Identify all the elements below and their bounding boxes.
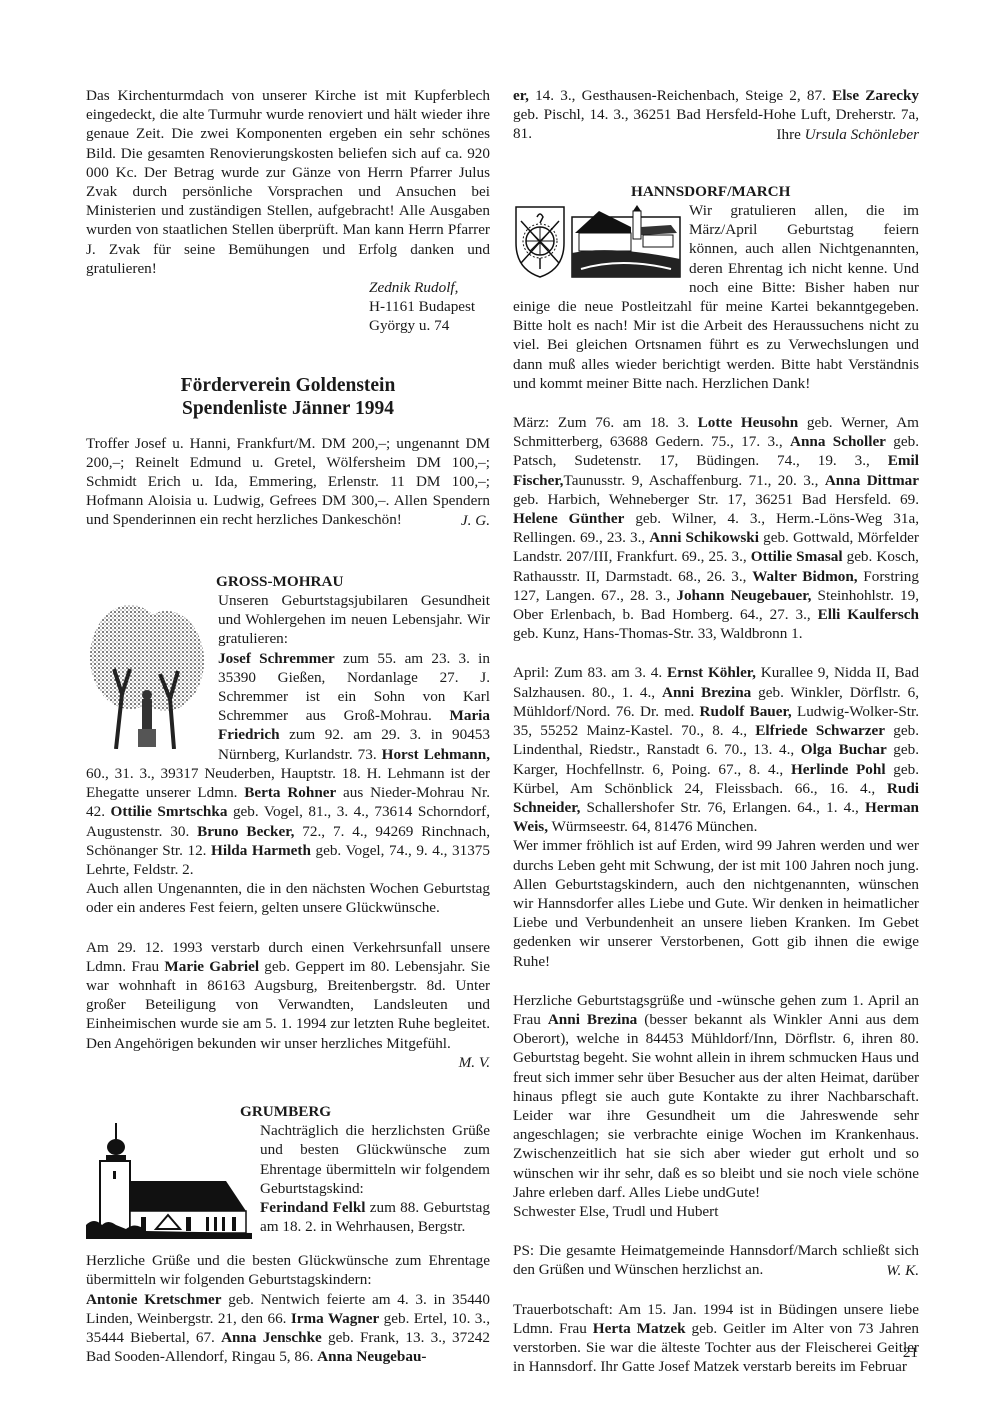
donations-title-line2: Spendenliste Jänner 1994 — [86, 397, 490, 420]
person-name: Anna Scholler — [790, 433, 886, 450]
greeting-text: (besser bekannt als Winkler Anni aus dem… — [513, 1011, 919, 1201]
person-detail: März: Zum 76. am 18. 3. — [513, 414, 698, 431]
person-name: Irma Wagner — [291, 1310, 379, 1327]
signature-prefix: Ihre — [776, 126, 804, 143]
brezina-signature: Schwester Else, Trudl und Hubert — [513, 1202, 919, 1221]
grumberg-greetings: Herzliche Grüße und die besten Glückwüns… — [86, 1251, 490, 1289]
person-detail: Schallershofer Str. 76, Erlangen. 64., 1… — [580, 799, 865, 816]
person-name: Anni Brezina — [662, 684, 751, 701]
person-detail: Taunusstr. 9, Aschaffenburg. 71., 20. 3.… — [563, 472, 824, 489]
person-name: Anni Schikowski — [649, 529, 759, 546]
trees-illustration — [86, 599, 208, 749]
person-name: Elfriede Schwarzer — [755, 722, 885, 739]
person-name: Anna Neugebau- — [317, 1348, 426, 1365]
hannsdorf-poem: Wer immer fröhlich ist auf Erden, wird 9… — [513, 836, 919, 970]
person-name: Olga Buchar — [801, 741, 887, 758]
person-name: Else Zarecky — [832, 87, 919, 104]
person-name: Herlinde Pohl — [791, 761, 886, 778]
person-name: Ottilie Smasal — [751, 548, 843, 565]
person-name: Herta Matzek — [593, 1320, 686, 1337]
signature-city: H-1161 Budapest — [369, 297, 490, 316]
ps-signature: W. K. — [886, 1261, 919, 1280]
signature-name: Ursula Schönleber — [805, 126, 919, 143]
person-name: Johann Neugebauer, — [676, 587, 811, 604]
section-heading-hannsdorf: HANNSDORF/MARCH — [513, 182, 919, 201]
hannsdorf-april-birthdays: April: Zum 83. am 3. 4. Ernst Köhler, Ku… — [513, 663, 919, 836]
gross-mohrau-signature: M. V. — [86, 1053, 490, 1072]
person-name: Lotte Heusohn — [698, 414, 799, 431]
person-name: Elli Kaulfersch — [818, 606, 919, 623]
person-name: Ferindand Felkl — [260, 1199, 366, 1216]
person-name: Anna Dittmar — [825, 472, 919, 489]
donations-signature: J. G. — [461, 511, 490, 530]
donations-title: Förderverein Goldenstein Spendenliste Jä… — [86, 374, 490, 420]
person-detail: April: Zum 83. am 3. 4. — [513, 664, 667, 681]
right-column: er, 14. 3., Gesthausen-Reichenbach, Stei… — [513, 86, 919, 1377]
page-number: 21 — [903, 1344, 918, 1362]
person-detail: 14. 3., Gesthausen-Reichenbach, Steige 2… — [529, 87, 832, 104]
tree-icon — [86, 599, 208, 749]
person-name: Walter Bidmon, — [752, 568, 857, 585]
person-name: Rudolf Bauer, — [700, 703, 792, 720]
person-name: Ottilie Smrtschka — [111, 803, 228, 820]
donations-title-line1: Förderverein Goldenstein — [86, 374, 490, 397]
gross-mohrau-obituary: Am 29. 12. 1993 verstarb durch einen Ver… — [86, 938, 490, 1053]
person-name: Anni Brezina — [548, 1011, 637, 1028]
person-name: er, — [513, 87, 529, 104]
church-renovation-paragraph: Das Kirchenturmdach von unserer Kirche i… — [86, 86, 490, 278]
person-name: Ernst Köhler, — [667, 664, 756, 681]
signature-name: Zednik Rudolf, — [369, 278, 490, 297]
church-icon — [86, 1121, 252, 1239]
left-column: Das Kirchenturmdach von unserer Kirche i… — [86, 86, 490, 1366]
hannsdorf-march-birthdays: März: Zum 76. am 18. 3. Lotte Heusohn ge… — [513, 413, 919, 643]
grumberg-birthdays: Antonie Kretschmer geb. Nentwich feierte… — [86, 1290, 490, 1367]
hannsdorf-obituary: Trauerbotschaft: Am 15. Jan. 1994 ist in… — [513, 1300, 919, 1377]
grumberg-signature: Ihre Ursula Schönleber — [513, 125, 919, 144]
gross-mohrau-wishes: Auch allen Ungenannten, die in den nächs… — [86, 879, 490, 917]
person-detail: geb. Harbich, Wehneberger Str. 17, 36251… — [513, 491, 919, 508]
hannsdorf-brezina-greeting: Herzliche Geburtstagsgrüße und -wünsche … — [513, 991, 919, 1202]
town-castle-icon — [571, 203, 681, 279]
person-name: Josef Schremmer — [218, 650, 335, 667]
person-detail: Würmseestr. 64, 81476 München. — [548, 818, 757, 835]
person-name: Horst Lehmann, — [382, 746, 490, 763]
person-name: Bruno Becker, — [197, 823, 294, 840]
person-name: Anna Jenschke — [221, 1329, 322, 1346]
person-name: Antonie Kretschmer — [86, 1291, 222, 1308]
section-heading-gross-mohrau: GROSS-MOHRAU — [86, 572, 490, 591]
coat-of-arms-icon — [513, 203, 567, 279]
person-detail: geb. Kunz, Hans-Thomas-Str. 33, Waldbron… — [513, 625, 803, 642]
person-name: Berta Rohner — [244, 784, 336, 801]
person-name: Marie Gabriel — [164, 958, 259, 975]
hannsdorf-images — [513, 203, 681, 279]
person-name: Helene Günther — [513, 510, 624, 527]
signature-street: György u. 74 — [369, 316, 490, 335]
person-name: Hilda Harmeth — [211, 842, 311, 859]
signature-block: Zednik Rudolf, H-1161 Budapest György u.… — [86, 278, 490, 336]
church-illustration — [86, 1121, 252, 1239]
section-heading-grumberg: GRUMBERG — [86, 1102, 490, 1121]
